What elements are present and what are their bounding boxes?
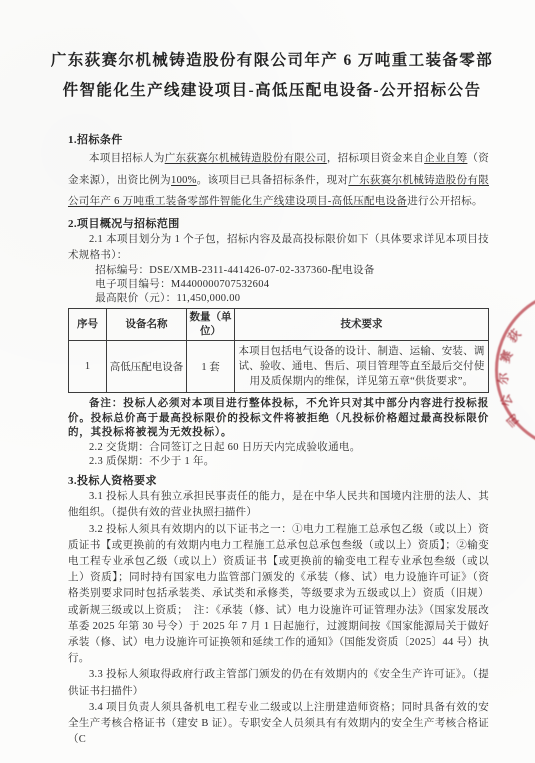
s1-text-4: 。该项目已具备招标条件，现对	[197, 175, 349, 186]
s1-text-1: 本项目招标人为	[89, 153, 165, 164]
s1-underline-fund-ratio: 100%	[171, 175, 197, 186]
table-cell-seq: 1	[69, 341, 107, 393]
s1-underline-fund-source: 企业自筹	[424, 153, 467, 164]
table-header-device: 设备名称	[107, 309, 187, 341]
document-title-line2: 件智能化生产线建设项目-高低压配电设备-公开招标公告	[46, 76, 498, 106]
section3-clause-3-1: 3.1 投标人具有独立承担民事责任的能力，是在中华人民共和国境内注册的法人、其他…	[68, 489, 489, 521]
seal-character: 赛	[496, 348, 516, 366]
seal-character: 尔	[495, 372, 512, 384]
table-header-qty: 数量（单位）	[187, 309, 235, 341]
section2-clause-2-3: 2.3 质保期：不少于 1 年。	[68, 455, 489, 470]
table-note-paragraph: 备注：投标人必须对本项目进行整体投标，不允许只对其中部分内容进行投标报价。投标总…	[68, 397, 489, 440]
table-cell-tech: 本项目包括电气设备的设计、制造、运输、安装、调试、验收、通电、售后、项目管理等直…	[235, 341, 489, 393]
eproject-number-line: 电子项目编号：M4400000707532604	[68, 278, 489, 292]
section1-heading: 1.招标条件	[68, 132, 489, 148]
section1-paragraph: 本项目招标人为广东荻赛尔机械铸造股份有限公司，招标项目资金来自企业自筹（资金来源…	[68, 148, 489, 213]
table-header-seq: 序号	[69, 309, 107, 341]
seal-character: 司	[503, 410, 524, 430]
s1-text-2: ，招标项目资金来自	[327, 153, 424, 164]
section2-clause-2-1: 2.1 本项目划分为 1 个子包，招标内容及最高投标限价如下（具体要求详见本项目…	[68, 232, 489, 264]
seal-character: 公	[496, 392, 516, 410]
bid-number-line: 招标编号：DSE/XMB-2311-441426-07-02-337360-配电…	[68, 264, 489, 278]
section3-clause-3-2: 3.2 投标人须具有效期内的以下证书之一：①电力工程施工总承包乙级（或以上）资质…	[68, 522, 489, 668]
section2-heading: 2.项目概况与招标范围	[68, 216, 489, 232]
table-header-tech: 技术要求	[235, 309, 489, 341]
table-cell-device: 高低压配电设备	[107, 341, 187, 393]
equipment-table: 序号 设备名称 数量（单位） 技术要求 1 高低压配电设备 1 套 本项目包括电…	[68, 308, 489, 393]
table-header-row: 序号 设备名称 数量（单位） 技术要求	[69, 309, 489, 341]
table-cell-qty: 1 套	[187, 341, 235, 393]
section3-clause-3-3: 3.3 投标人须取得政府行政主管部门颁发的仍在有效期内的《安全生产许可证》。（提…	[68, 667, 489, 699]
document-title-line1: 广东荻赛尔机械铸造股份有限公司年产 6 万吨重工装备零部	[46, 46, 498, 76]
document-title: 广东荻赛尔机械铸造股份有限公司年产 6 万吨重工装备零部 件智能化生产线建设项目…	[46, 46, 498, 106]
s1-underline-bidder-name: 广东荻赛尔机械铸造股份有限公司	[165, 153, 327, 164]
section3-clause-3-4: 3.4 项目负责人须具备机电工程专业二级或以上注册建造师资格；同时具备有效的安全…	[68, 700, 489, 749]
seal-circle	[495, 289, 535, 451]
table-row: 1 高低压配电设备 1 套 本项目包括电气设备的设计、制造、运输、安装、调试、验…	[69, 341, 489, 393]
seal-character: 荻	[504, 325, 525, 345]
tender-announcement-page: 广东荻赛尔机械铸造股份有限公司年产 6 万吨重工装备零部 件智能化生产线建设项目…	[0, 0, 535, 763]
section2-clause-2-2: 2.2 交货期：合同签订之日起 60 日历天内完成验收通电。	[68, 441, 489, 456]
section3-heading: 3.投标人资格要求	[68, 473, 489, 489]
s1-text-5: 进行公开招标。	[407, 196, 483, 207]
max-price-line: 最高限价（元）：11,450,000.00	[68, 292, 489, 306]
